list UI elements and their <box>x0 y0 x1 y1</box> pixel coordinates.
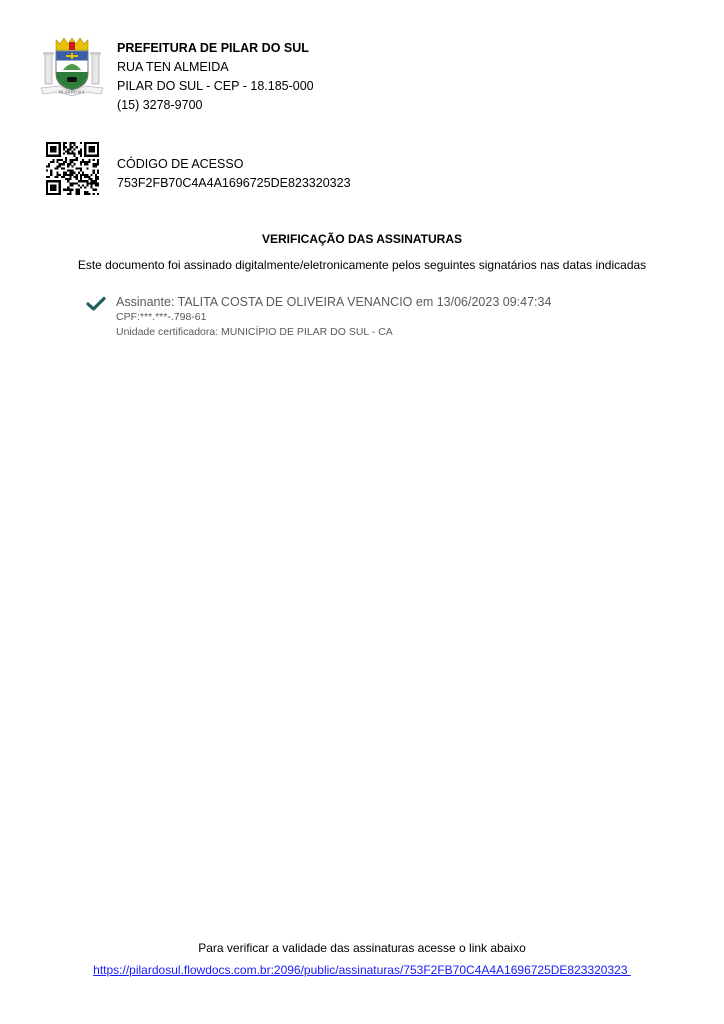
header-text: PREFEITURA DE PILAR DO SUL RUA TEN ALMEI… <box>117 39 314 115</box>
checkmark-icon <box>86 296 106 312</box>
organization-name: PREFEITURA DE PILAR DO SUL <box>117 39 314 58</box>
access-code-value: 753F2FB70C4A4A1696725DE823320323 <box>117 174 351 193</box>
phone: (15) 3278-9700 <box>117 96 314 115</box>
city-line: PILAR DO SUL - CEP - 18.185-000 <box>117 77 314 96</box>
address-line: RUA TEN ALMEIDA <box>117 58 314 77</box>
verification-link[interactable]: https://pilardosul.flowdocs.com.br:2096/… <box>93 963 631 977</box>
signer-unit: Unidade certificadora: MUNICÍPIO DE PILA… <box>116 325 551 340</box>
signer-cpf: CPF:***.***-.798-61 <box>116 310 551 325</box>
signer-entry: Assinante: TALITA COSTA DE OLIVEIRA VENA… <box>116 294 551 340</box>
svg-text:PILAR DO SUL: PILAR DO SUL <box>59 90 86 95</box>
qr-code-icon <box>46 142 99 195</box>
footer-instruction: Para verificar a validade das assinatura… <box>0 941 724 955</box>
footer-link-container: https://pilardosul.flowdocs.com.br:2096/… <box>0 963 724 977</box>
access-code-label: CÓDIGO DE ACESSO <box>117 155 351 174</box>
municipal-coat-of-arms-icon: PILAR DO SUL <box>39 36 105 96</box>
signer-line: Assinante: TALITA COSTA DE OLIVEIRA VENA… <box>116 294 551 310</box>
verification-title: VERIFICAÇÃO DAS ASSINATURAS <box>0 232 724 246</box>
verification-description: Este documento foi assinado digitalmente… <box>0 258 724 272</box>
access-code-block: CÓDIGO DE ACESSO 753F2FB70C4A4A1696725DE… <box>117 155 351 193</box>
